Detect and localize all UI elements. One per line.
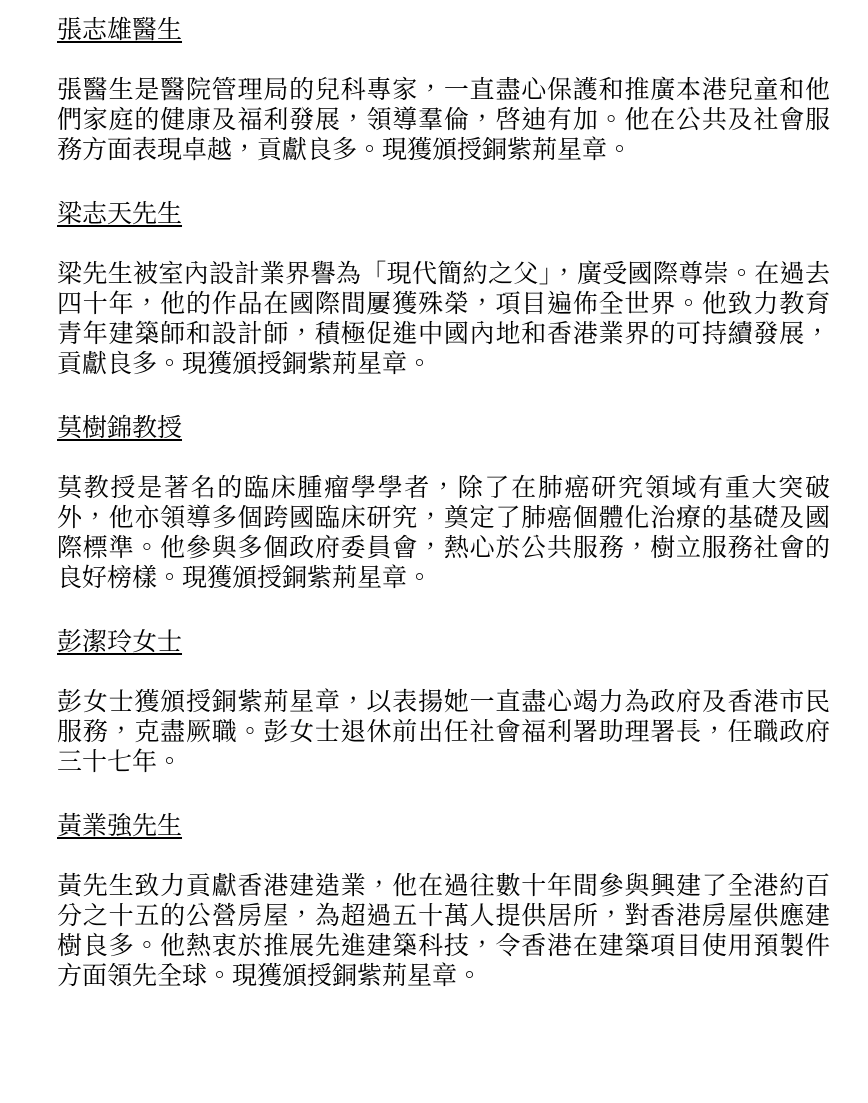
recipient-name-heading: 莫樹錦教授 <box>57 414 830 444</box>
recipient-citation-paragraph: 彭女士獲頒授銅紫荊星章，以表揚她一直盡心竭力為政府及香港市民服務，克盡厥職。彭女… <box>57 688 830 778</box>
recipient-name-heading: 彭潔玲女士 <box>57 628 830 658</box>
recipient-citation-paragraph: 張醫生是醫院管理局的兒科專家，一直盡心保護和推廣本港兒童和他們家庭的健康及福利發… <box>57 76 830 166</box>
document-page: 張志雄醫生 張醫生是醫院管理局的兒科專家，一直盡心保護和推廣本港兒童和他們家庭的… <box>0 0 868 1103</box>
recipient-section: 梁志天先生 梁先生被室內設計業界譽為「現代簡約之父」，廣受國際尊崇。在過去四十年… <box>57 200 830 380</box>
recipient-section: 黃業強先生 黃先生致力貢獻香港建造業，他在過往數十年間參與興建了全港約百分之十五… <box>57 812 830 992</box>
recipient-section: 彭潔玲女士 彭女士獲頒授銅紫荊星章，以表揚她一直盡心竭力為政府及香港市民服務，克… <box>57 628 830 778</box>
recipient-name-heading: 梁志天先生 <box>57 200 830 230</box>
recipient-name-heading: 黃業強先生 <box>57 812 830 842</box>
recipient-citation-paragraph: 莫教授是著名的臨床腫瘤學學者，除了在肺癌研究領域有重大突破外，他亦領導多個跨國臨… <box>57 474 830 594</box>
recipient-citation-paragraph: 黃先生致力貢獻香港建造業，他在過往數十年間參與興建了全港約百分之十五的公營房屋，… <box>57 872 830 992</box>
recipient-section: 張志雄醫生 張醫生是醫院管理局的兒科專家，一直盡心保護和推廣本港兒童和他們家庭的… <box>57 16 830 166</box>
recipient-citation-paragraph: 梁先生被室內設計業界譽為「現代簡約之父」，廣受國際尊崇。在過去四十年，他的作品在… <box>57 260 830 380</box>
recipient-name-heading: 張志雄醫生 <box>57 16 830 46</box>
recipient-section: 莫樹錦教授 莫教授是著名的臨床腫瘤學學者，除了在肺癌研究領域有重大突破外，他亦領… <box>57 414 830 594</box>
